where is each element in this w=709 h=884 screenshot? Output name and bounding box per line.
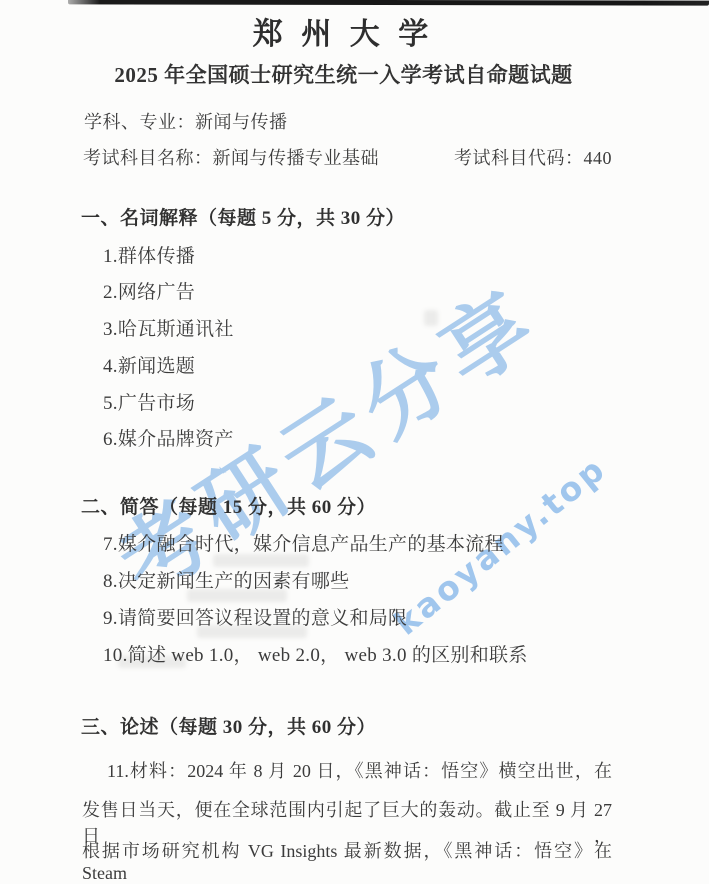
section-3-heading: 三、论述（每题 30 分，共 60 分）: [81, 712, 376, 739]
section-2-heading: 二、简答（每题 15 分，共 60 分）: [81, 492, 376, 519]
subject-name-line: 考试科目名称：新闻与传播专业基础: [83, 144, 379, 170]
question-item-8: 8.决定新闻生产的因素有哪些: [103, 566, 349, 593]
question-item-4: 4.新闻选题: [103, 351, 195, 378]
exam-paper-title: 2025 年全国硕士研究生统一入学考试自命题试题: [0, 59, 698, 89]
question-item-3: 3.哈瓦斯通讯社: [103, 314, 234, 341]
exam-paper-page: 考研云分享 kaoyany.top 郑 州 大 学 2025 年全国硕士研究生统…: [0, 0, 709, 884]
question-item-5: 5.广告市场: [103, 388, 195, 415]
question-item-1: 1.群体传播: [103, 241, 195, 268]
question-11-line-1: 11.材料：2024 年 8 月 20 日，《黑神话：悟空》横空出世，在: [107, 757, 612, 783]
question-item-7: 7.媒介融合时代，媒介信息产品生产的基本流程: [103, 529, 504, 556]
bleed-through-artifact: [424, 310, 438, 326]
scan-edge-artifact: [68, 0, 709, 6]
question-11-line-2: 发售日当天，便在全球范围内引起了巨大的轰动。截止至 9 月 27 日，: [82, 796, 612, 822]
question-item-2: 2.网络广告: [103, 277, 195, 304]
subject-code-line: 考试科目代码：440: [454, 144, 612, 170]
section-1-heading: 一、名词解释（每题 5 分，共 30 分）: [81, 203, 405, 230]
major-line: 学科、专业：新闻与传播: [84, 108, 288, 134]
question-item-9: 9.请简要回答议程设置的意义和局限: [103, 603, 407, 630]
university-title: 郑 州 大 学: [0, 9, 696, 53]
question-item-10: 10.简述 web 1.0， web 2.0， web 3.0 的区别和联系: [103, 640, 528, 667]
question-11-line-3: 根据市场研究机构 VG Insights 最新数据，《黑神话：悟空》在 Stea…: [82, 837, 612, 863]
question-item-6: 6.媒介品牌资产: [103, 424, 234, 451]
